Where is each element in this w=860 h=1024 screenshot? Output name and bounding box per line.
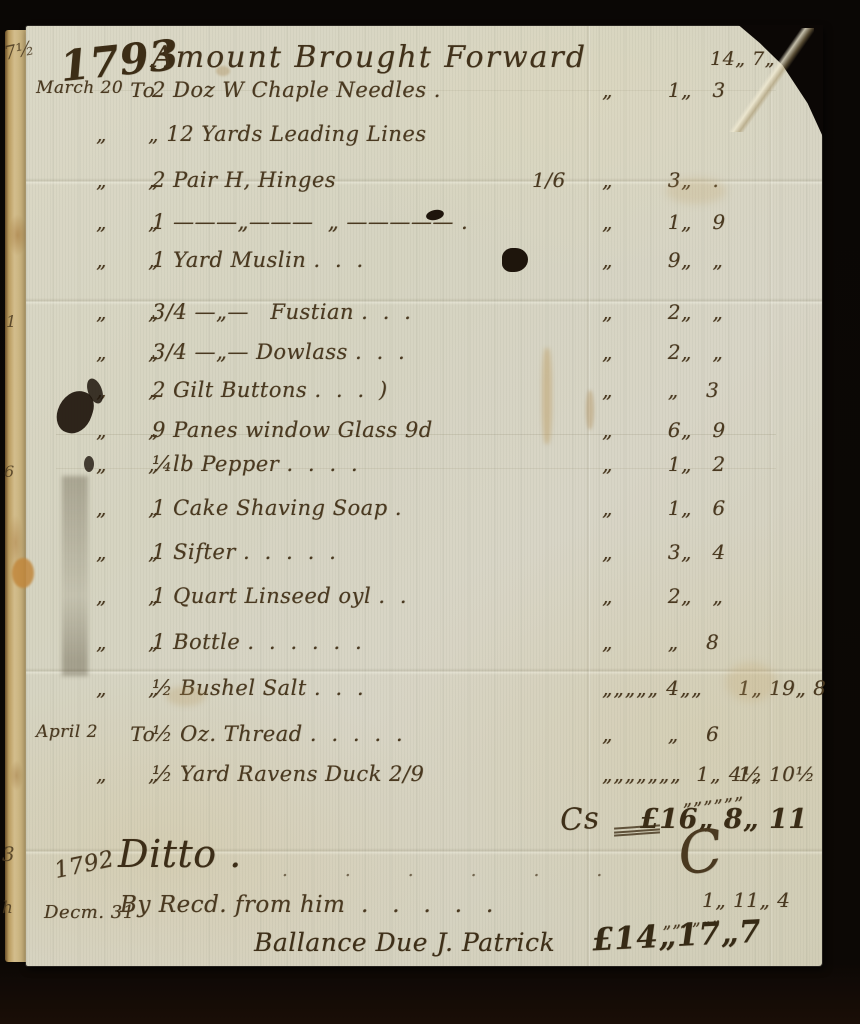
entry-item: 2 Doz W Chaple Needles . [152, 78, 562, 102]
entry-amount: „ 9„ „ [602, 248, 762, 272]
entry-amount: „ 3„ . [602, 168, 762, 192]
ledger-row: „ „2 Gilt Buttons . . . )„ „ 3 [26, 378, 822, 412]
ledger-paper: 1793 Amount Brought Forward 14„ 7„ 4½ Ma… [26, 26, 822, 966]
ledger-row: „ „2 Pair H, Hinges1/6„ 3„ . [26, 168, 822, 202]
entry-amount: „ 2„ „ [602, 300, 762, 324]
entry-item: 2 Pair H, Hinges [152, 168, 562, 192]
section2-dots: . . . . . . [282, 860, 612, 881]
entry-item: 1 Yard Muslin . . . [152, 248, 562, 272]
entry-item: 9 Panes window Glass 9d [152, 418, 562, 442]
ledger-row: „ „¼lb Pepper . . . .„ 1„ 2 [26, 452, 822, 486]
ledger-row: „ „ 12 Yards Leading Lines [26, 122, 822, 156]
ledger-row: „ „1 Yard Muslin . . .„ 9„ „ [26, 248, 822, 282]
entry-item: 1 Sifter . . . . . [152, 540, 562, 564]
ledger-row: March 20 To2 Doz W Chaple Needles .„ 1„ … [26, 78, 822, 112]
entry-item: 1 Quart Linseed oyl . . [152, 584, 562, 608]
entry-amount: „ 1„ 9 [602, 210, 762, 234]
entry-subtotal: 1„ 10½ [738, 762, 860, 786]
entry-amount: „ 2„ „ [602, 340, 762, 364]
entry-amount: „ 3„ 4 [602, 540, 762, 564]
margin-fragment: h [2, 898, 13, 918]
ink-blot [84, 456, 94, 472]
entry-item: 1 Cake Shaving Soap . [152, 496, 562, 520]
entry-amount: „ 1„ 6 [602, 496, 762, 520]
ledger-row: „ „1 ———„——— „ ————— .„ 1„ 9 [26, 210, 822, 244]
facing-page-edge [5, 30, 26, 962]
entry-subtotal: 1„ 19„ 8 [738, 676, 860, 700]
ledger-row: „ „½ Bushel Salt . . .„„„„„ 4„„1„ 19„ 8 [26, 676, 822, 710]
balance-text: Ballance Due J. Patrick [254, 928, 555, 957]
ledger-row: „ „1 Quart Linseed oyl . .„ 2„ „ [26, 584, 822, 618]
entry-item: 3/4 —„— Fustian . . . [152, 300, 562, 324]
entry-amount: „ „ 8 [602, 630, 762, 654]
ledger-row: „ „3/4 —„— Fustian . . .„ 2„ „ [26, 300, 822, 334]
ledger-photo: { "page": { "year": "1793", "header": { … [0, 0, 860, 1024]
entry-item: ½ Yard Ravens Duck 2/9 [152, 762, 562, 786]
entry-amount: „ „ 6 [602, 722, 762, 746]
ledger-row: „ „1 Sifter . . . . .„ 3„ 4 [26, 540, 822, 574]
grand-total: £16„ 8„ 11 [640, 804, 808, 835]
ledger-row: „ „3/4 —„— Dowlass . . .„ 2„ „ [26, 340, 822, 374]
ledger-row: „ „1 Bottle . . . . . .„ „ 8 [26, 630, 822, 664]
entry-item: ¼lb Pepper . . . . [152, 452, 562, 476]
entry-price: 1/6 [532, 168, 598, 192]
section2-flourish: C [673, 815, 727, 889]
credit-text: By Recd. from him . . . . . [120, 892, 494, 918]
entry-item: ½ Oz. Thread . . . . . [152, 722, 562, 746]
margin-fragment: 1 [6, 312, 16, 331]
balance-amount: £14„17„7 [591, 914, 762, 959]
ledger-row: „ „1 Cake Shaving Soap .„ 1„ 6 [26, 496, 822, 530]
entry-amount: „ „ 3 [602, 378, 762, 402]
header-title: Amount Brought Forward [152, 40, 587, 75]
ledger-row: April 2 To½ Oz. Thread . . . . .„ „ 6 [26, 722, 822, 756]
entry-amount: „ 1„ 3 [602, 78, 762, 102]
entry-item: 3/4 —„— Dowlass . . . [152, 340, 562, 364]
entry-amount: „ 2„ „ [602, 584, 762, 608]
entry-amount: „ 6„ 9 [602, 418, 762, 442]
fold-crease [26, 668, 822, 675]
entry-item: ½ Bushel Salt . . . [152, 676, 562, 700]
entry-amount: „ 1„ 2 [602, 452, 762, 476]
total-flourish: Cs [559, 801, 601, 839]
ledger-row: „ „9 Panes window Glass 9d„ 6„ 9 [26, 418, 822, 452]
margin-fragment: 3 [2, 842, 15, 866]
section2-label: Ditto . [118, 832, 242, 876]
margin-fragment: 6 [4, 462, 14, 481]
entry-item: 2 Gilt Buttons . . . ) [152, 378, 562, 402]
entry-item: 1 Bottle . . . . . . [152, 630, 562, 654]
credit-amount: 1„ 11„ 4 [702, 888, 790, 912]
entry-item: 1 ———„——— „ ————— . [152, 210, 562, 234]
entry-item: 12 Yards Leading Lines [152, 122, 562, 146]
margin-fragment: 7½ [2, 37, 36, 65]
